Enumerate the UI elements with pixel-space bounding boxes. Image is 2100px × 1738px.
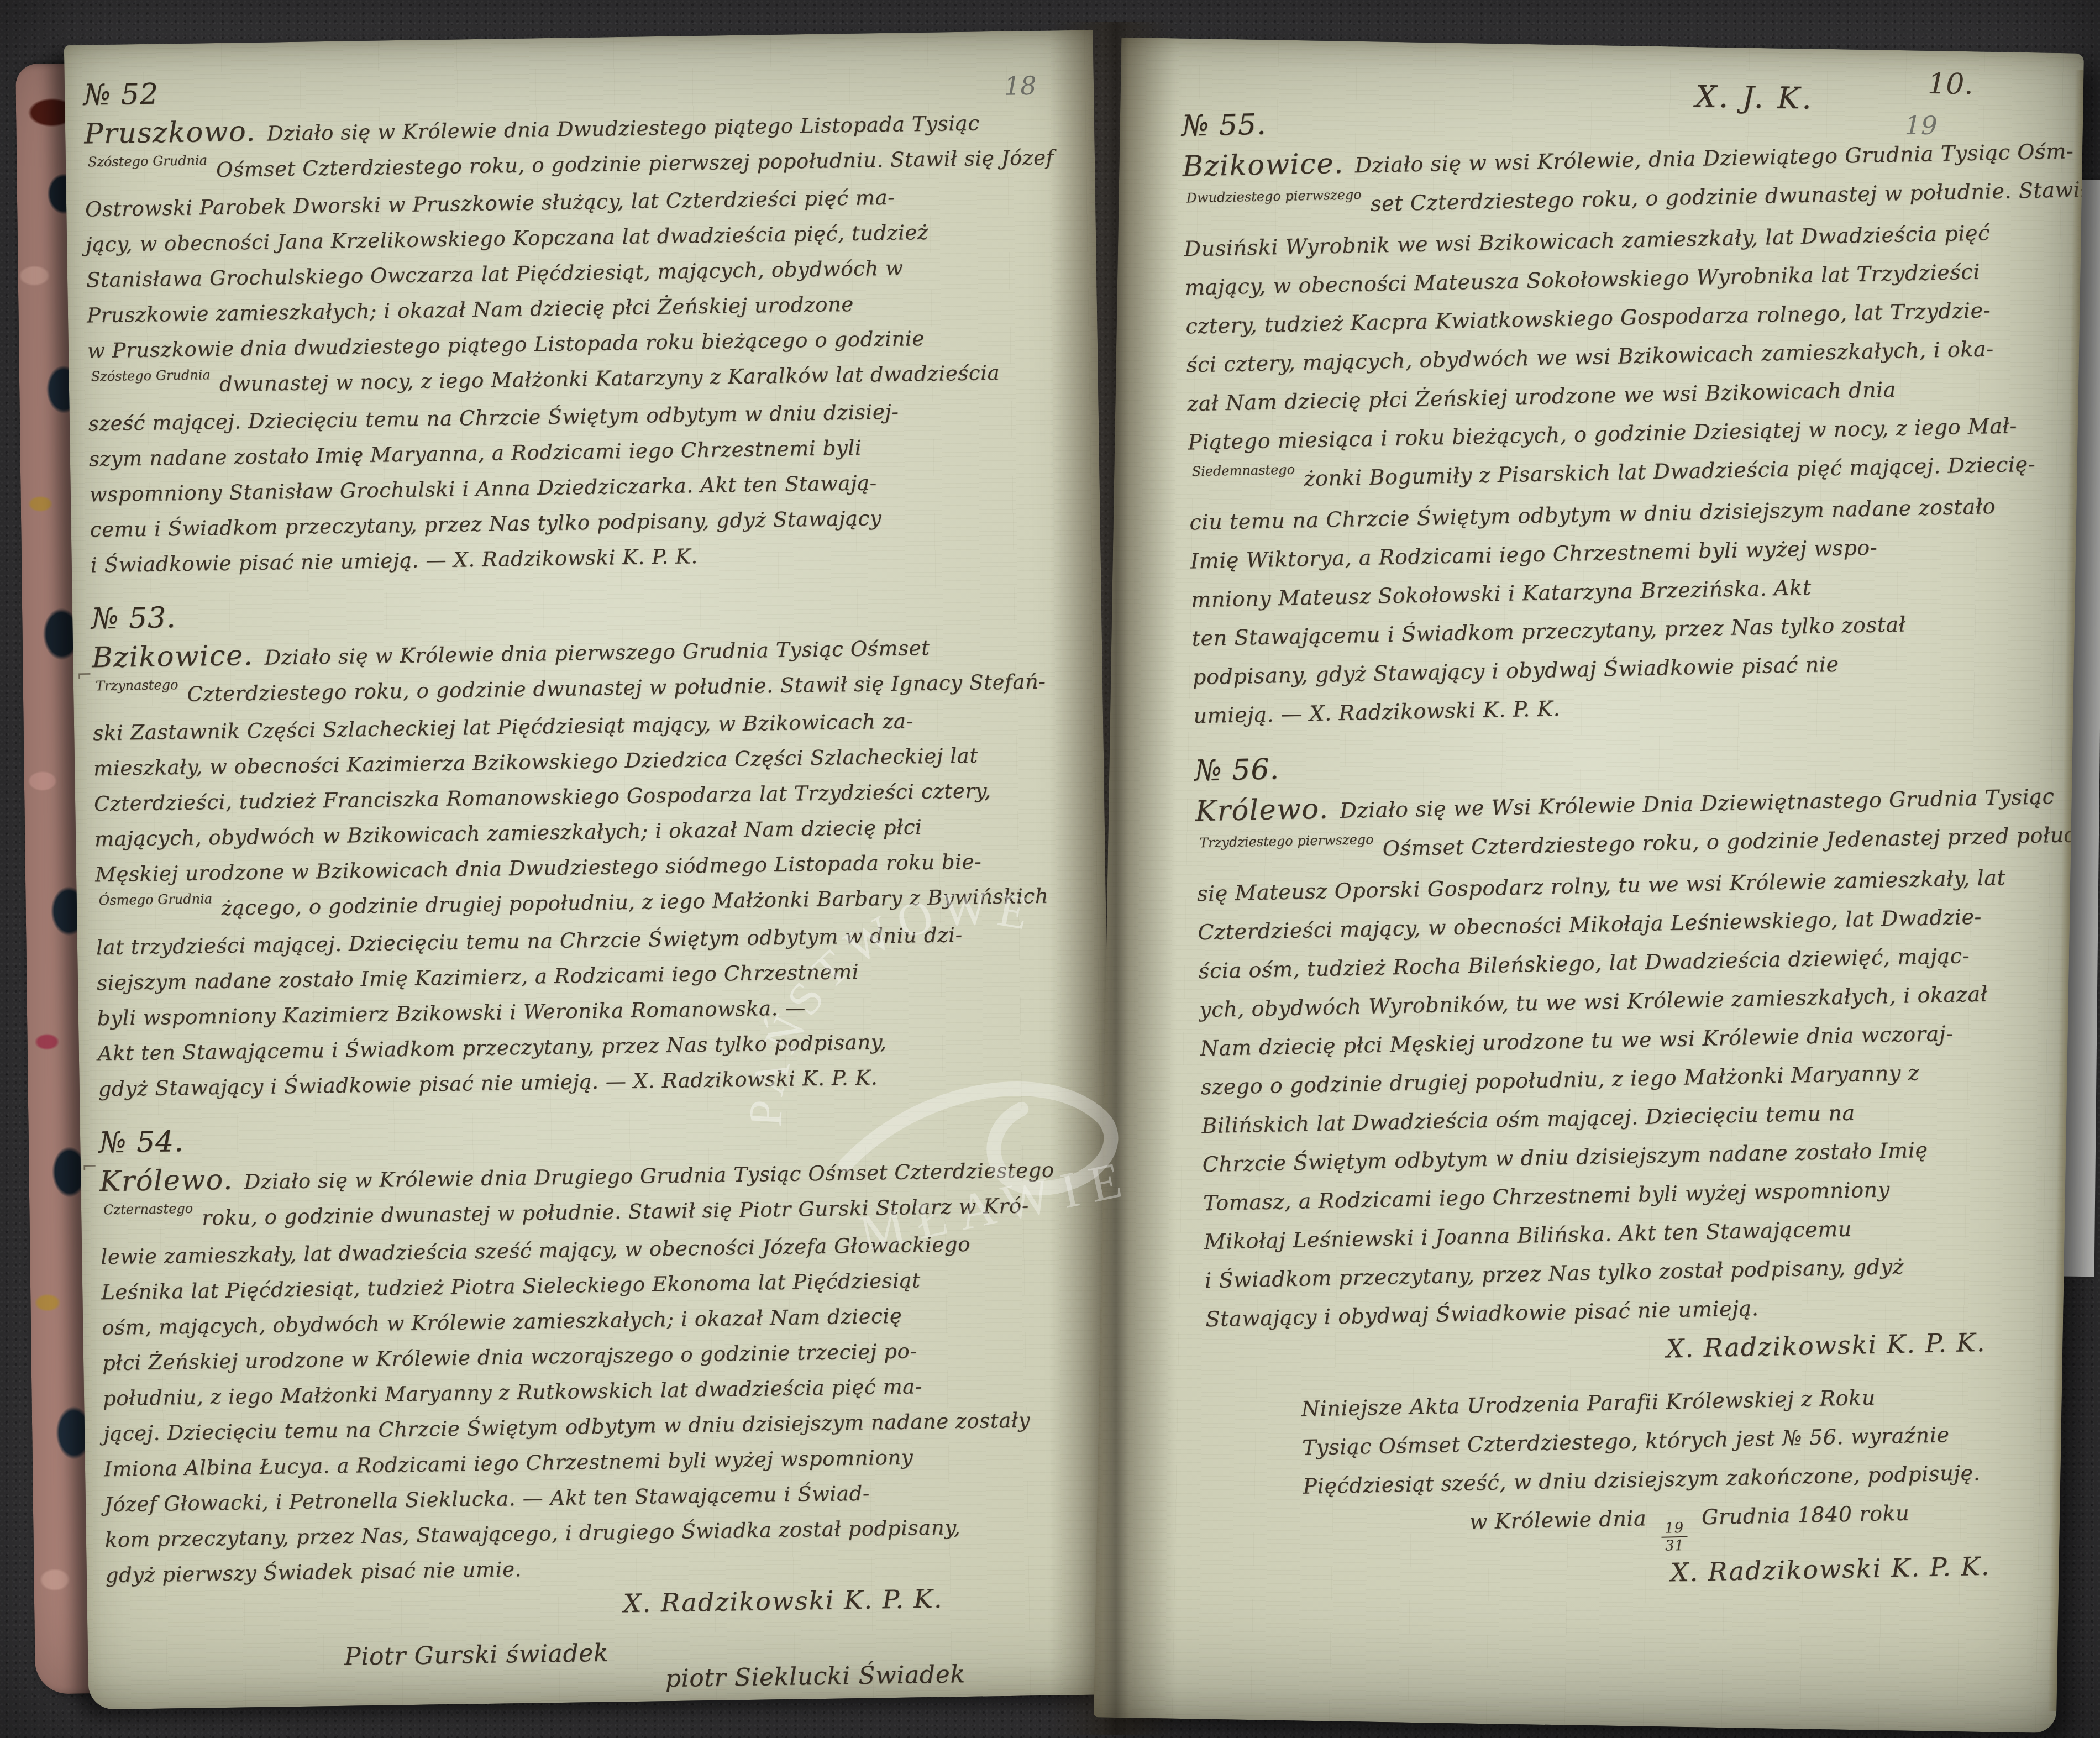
interlinear-date-correction: Ósmego Grudnia bbox=[98, 881, 212, 918]
entry-55: № 55. Bzikowice.Działo się w wsi Królewi… bbox=[1181, 87, 2078, 735]
entry-54: № 54. Królewo.Działo się w Królewie dnia… bbox=[99, 1107, 1101, 1629]
interlinear-date-correction: Siedemnastego bbox=[1191, 450, 1295, 491]
entry-56-body: Królewo.Działo się we Wsi Królewie Dnia … bbox=[1195, 775, 2084, 1377]
entry-52: № 52 Pruszkowo.Działo się w Królewie dni… bbox=[83, 59, 1085, 584]
margin-tick-mark: ⌐ bbox=[76, 664, 92, 686]
closing-date-prefix: w Królewie dnia bbox=[1469, 1506, 1646, 1534]
left-page: 18 № 52 Pruszkowo.Działo się w Królewie … bbox=[64, 30, 1117, 1709]
interlinear-date-correction: Szóstego Grudnia bbox=[91, 357, 211, 394]
interlinear-date-correction: Trzynastego bbox=[95, 667, 178, 703]
julian-gregorian-date-fraction: 19 31 bbox=[1661, 1521, 1687, 1553]
entry-53: № 53. Bzikowice.Działo się w Królewie dn… bbox=[91, 583, 1093, 1107]
date-gregorian: 31 bbox=[1662, 1537, 1688, 1553]
entry-52-body: Pruszkowo.Działo się w Królewie dnia Dwu… bbox=[84, 102, 1085, 584]
date-julian: 19 bbox=[1661, 1521, 1687, 1538]
interlinear-date-correction: Czternastego bbox=[103, 1191, 193, 1227]
interlinear-date-correction: Trzydziestego pierwszego bbox=[1199, 820, 1374, 862]
photo-of-open-register-book: 18 № 52 Pruszkowo.Działo się w Królewie … bbox=[0, 0, 2100, 1738]
closing-attestation: Niniejsze Akta Urodzenia Parafii Królews… bbox=[1207, 1374, 2084, 1508]
entry-55-body: Bzikowice.Działo się w wsi Królewie, dni… bbox=[1182, 130, 2078, 735]
interlinear-date-correction: Szóstego Grudnia bbox=[87, 143, 207, 180]
entry-53-body: Bzikowice.Działo się w Królewie dnia pie… bbox=[92, 626, 1093, 1107]
closing-date-suffix: Grudnia 1840 roku bbox=[1702, 1501, 1910, 1530]
interlinear-date-correction: Dwudziestego pierwszego bbox=[1186, 175, 1362, 217]
margin-tick-mark: ⌐ bbox=[82, 1156, 98, 1178]
right-page: X. J. K. 10. 19 № 55. Bzikowice.Działo s… bbox=[1094, 38, 2084, 1733]
entry-56: № 56. Królewo.Działo się we Wsi Królewie… bbox=[1194, 732, 2084, 1377]
entry-54-body: Królewo.Działo się w Królewie dnia Drugi… bbox=[99, 1150, 1101, 1629]
